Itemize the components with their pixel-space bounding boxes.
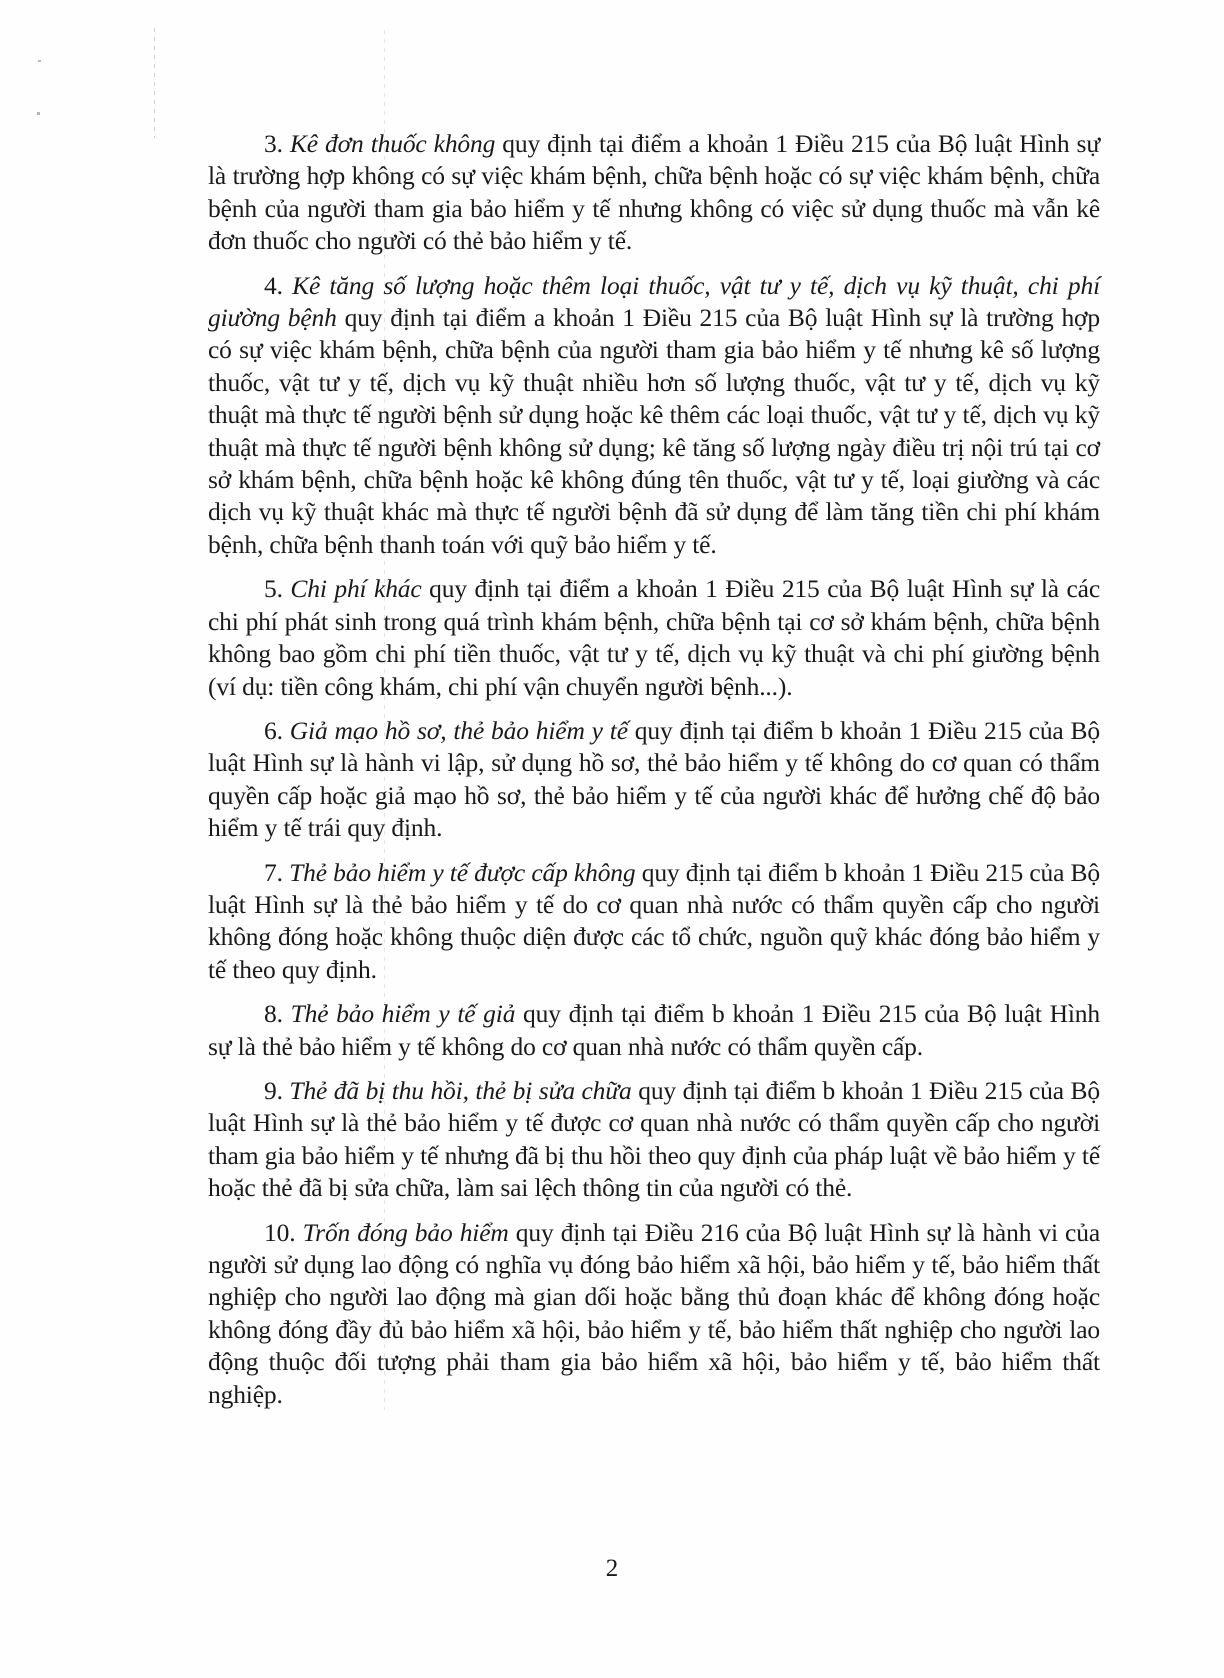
paragraph-number: 7. xyxy=(264,858,283,887)
scan-speck xyxy=(38,60,41,62)
paragraph-7: 7. Thẻ bảo hiểm y tế được cấp không quy … xyxy=(208,857,1100,987)
paragraph-6: 6. Giả mạo hồ sơ, thẻ bảo hiểm y tế quy … xyxy=(208,715,1100,845)
paragraph-5: 5. Chi phí khác quy định tại điểm a khoả… xyxy=(208,573,1100,703)
paragraph-8: 8. Thẻ bảo hiểm y tế giả quy định tại đi… xyxy=(208,998,1100,1063)
paragraph-number: 10. xyxy=(264,1218,295,1247)
paragraph-9: 9. Thẻ đã bị thu hồi, thẻ bị sửa chữa qu… xyxy=(208,1075,1100,1205)
paragraph-10: 10. Trốn đóng bảo hiểm quy định tại Điều… xyxy=(208,1217,1100,1411)
document-body: 3. Kê đơn thuốc không quy định tại điểm … xyxy=(208,128,1100,1423)
defined-term: Chi phí khác xyxy=(290,574,421,603)
defined-term: Trốn đóng bảo hiểm xyxy=(303,1218,509,1247)
paragraph-number: 8. xyxy=(264,999,283,1028)
defined-term: Giả mạo hồ sơ, thẻ bảo hiểm y tế xyxy=(290,716,628,745)
scanned-page: 3. Kê đơn thuốc không quy định tại điểm … xyxy=(0,0,1224,1678)
defined-term: Kê đơn thuốc không xyxy=(290,129,495,158)
defined-term: Thẻ đã bị thu hồi, thẻ bị sửa chữa xyxy=(289,1076,631,1105)
paragraph-4: 4. Kê tăng số lượng hoặc thêm loại thuốc… xyxy=(208,270,1100,562)
defined-term: Thẻ bảo hiểm y tế giả xyxy=(291,999,516,1028)
paragraph-number: 9. xyxy=(264,1076,283,1105)
defined-term: Thẻ bảo hiểm y tế được cấp không xyxy=(289,858,635,887)
paragraph-number: 4. xyxy=(264,271,283,300)
paragraph-number: 5. xyxy=(264,574,283,603)
paragraph-text: quy định tại điểm a khoản 1 Điều 215 của… xyxy=(208,303,1100,559)
page-number: 2 xyxy=(0,1554,1224,1584)
paragraph-number: 6. xyxy=(264,716,283,745)
scan-fold-line xyxy=(154,28,155,138)
scan-speck xyxy=(37,112,40,115)
paragraph-number: 3. xyxy=(264,129,283,158)
paragraph-3: 3. Kê đơn thuốc không quy định tại điểm … xyxy=(208,128,1100,258)
